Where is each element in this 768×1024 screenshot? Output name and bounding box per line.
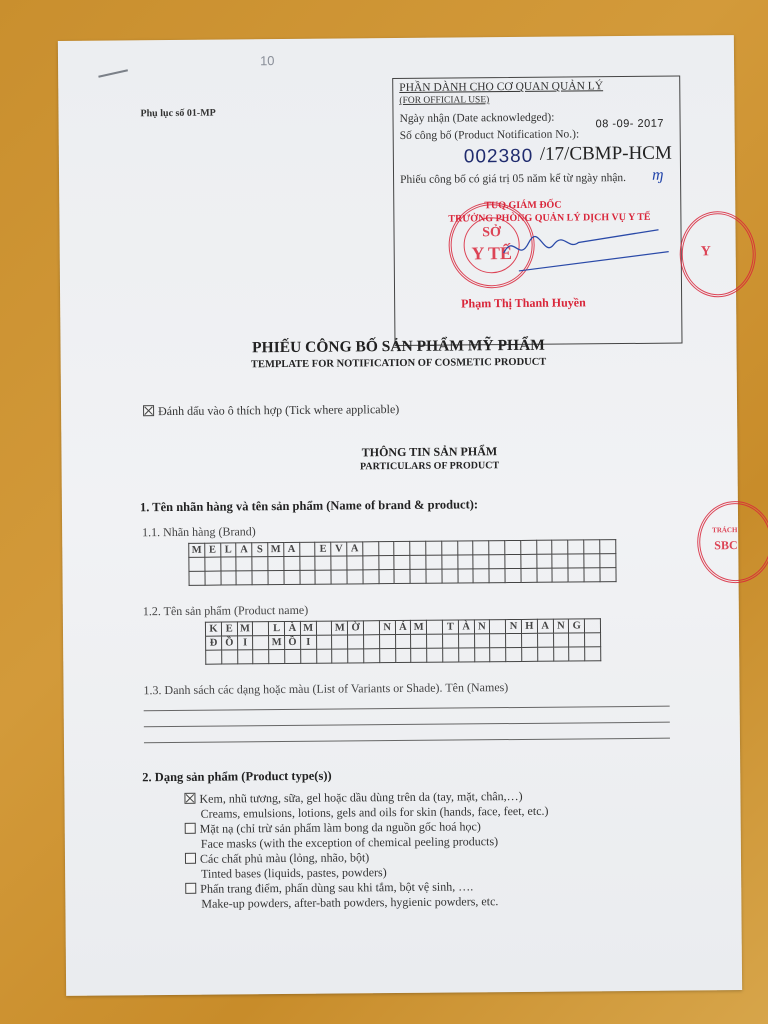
brand-grid[interactable]: MELASMAEVA	[188, 539, 616, 586]
brand-grid-cell[interactable]	[458, 569, 474, 583]
brand-grid-cell[interactable]	[473, 569, 489, 583]
product-type-en: Creams, emulsions, lotions, gels and oil…	[185, 804, 549, 822]
tick-note: Đánh dấu vào ô thích hợp (Tick where app…	[143, 402, 399, 419]
brand-grid-cell[interactable]	[205, 557, 221, 571]
brand-grid-cell[interactable]: A	[236, 543, 252, 557]
brand-grid-cell[interactable]	[600, 568, 616, 582]
brand-grid-cell[interactable]	[331, 570, 347, 584]
product-grid-cell[interactable]: Á	[395, 620, 411, 634]
product-grid-cell[interactable]	[300, 649, 316, 663]
product-grid-cell[interactable]	[521, 633, 537, 647]
variants-line-1[interactable]	[144, 706, 670, 712]
product-grid-cell[interactable]	[253, 636, 269, 650]
product-grid-cell[interactable]: M	[332, 621, 348, 635]
brand-grid-cell[interactable]	[568, 540, 584, 554]
product-grid-cell[interactable]	[237, 650, 253, 664]
official-box-title: PHẦN DÀNH CHO CƠ QUAN QUẢN LÝ	[399, 80, 603, 94]
brand-grid-cell[interactable]	[410, 555, 426, 569]
brand-grid-cell[interactable]	[489, 569, 505, 583]
brand-grid-cell[interactable]	[363, 570, 379, 584]
product-grid-cell[interactable]: G	[569, 619, 585, 633]
notification-no-label: Số công bố (Product Notification No.):	[400, 128, 580, 142]
validity-note: Phiếu công bố có giá trị 05 năm kể từ ng…	[400, 172, 626, 186]
product-grid-cell[interactable]: Ồ	[285, 635, 301, 649]
part2-heading: 2. Dạng sản phẩm (Product type(s))	[142, 769, 331, 786]
product-grid-cell[interactable]	[253, 650, 269, 664]
brand-grid-cell[interactable]	[552, 554, 568, 568]
product-grid-cell[interactable]	[427, 620, 443, 634]
brand-grid-cell[interactable]	[505, 554, 521, 568]
product-grid-cell[interactable]	[316, 621, 332, 635]
product-grid-cell[interactable]	[474, 648, 490, 662]
product-grid-cell[interactable]	[411, 634, 427, 648]
product-grid-cell[interactable]	[269, 650, 285, 664]
product-grid-cell[interactable]	[348, 635, 364, 649]
product-grid-cell[interactable]	[427, 634, 443, 648]
brand-grid-cell[interactable]	[205, 571, 221, 585]
product-grid-cell[interactable]: L	[269, 622, 285, 636]
product-grid-cell[interactable]: I	[300, 635, 316, 649]
product-types-list: Kem, nhũ tương, sữa, gel hoặc dầu dùng t…	[184, 789, 549, 912]
brand-grid-cell[interactable]: V	[331, 542, 347, 556]
brand-grid-cell[interactable]: M	[268, 543, 284, 557]
brand-grid-cell[interactable]	[457, 541, 473, 555]
product-grid-cell[interactable]: I	[237, 636, 253, 650]
product-grid-cell[interactable]: H	[521, 619, 537, 633]
product-grid-cell[interactable]: N	[553, 619, 569, 633]
date-acknowledged-label: Ngày nhận (Date acknowledged):	[399, 112, 554, 125]
notification-suffix: /17/CBMP-HCM	[540, 143, 672, 166]
brand-grid-cell[interactable]	[536, 540, 552, 554]
brand-grid-cell[interactable]	[600, 554, 616, 568]
brand-grid-cell[interactable]	[568, 554, 584, 568]
brand-grid-cell[interactable]	[236, 571, 252, 585]
brand-grid-cell[interactable]	[457, 555, 473, 569]
product-grid-cell[interactable]	[474, 634, 490, 648]
product-grid-cell[interactable]	[506, 633, 522, 647]
annex-label: Phụ lục số 01-MP	[140, 108, 215, 120]
product-grid-cell[interactable]	[363, 621, 379, 635]
product-type-en: Make-up powders, after-bath powders, hyg…	[185, 894, 549, 912]
product-name-label: 1.2. Tên sản phẩm (Product name)	[143, 603, 309, 619]
notification-number: 002380	[464, 146, 534, 169]
product-grid-cell[interactable]	[364, 649, 380, 663]
product-grid-cell[interactable]: N	[474, 620, 490, 634]
product-grid-cell[interactable]	[348, 649, 364, 663]
brand-grid-cell[interactable]	[426, 569, 442, 583]
brand-grid-cell[interactable]	[347, 570, 363, 584]
brand-grid-cell[interactable]	[300, 570, 316, 584]
product-grid-cell[interactable]	[522, 647, 538, 661]
checkbox-checked-icon[interactable]	[184, 793, 195, 804]
brand-grid-cell[interactable]	[426, 555, 442, 569]
brand-grid-cell[interactable]	[315, 570, 331, 584]
product-grid-cell[interactable]	[506, 647, 522, 661]
product-grid-cell[interactable]: M	[237, 622, 253, 636]
brand-grid-cell[interactable]	[378, 556, 394, 570]
brand-grid-cell[interactable]	[584, 554, 600, 568]
brand-grid-cell[interactable]: E	[315, 542, 331, 556]
brand-grid-cell[interactable]	[394, 555, 410, 569]
brand-grid-cell[interactable]	[268, 557, 284, 571]
brand-grid-cell[interactable]: A	[284, 542, 300, 556]
product-grid-cell[interactable]: Đ	[206, 636, 222, 650]
checkbox-example-icon	[143, 405, 154, 416]
brand-grid-cell[interactable]	[252, 557, 268, 571]
product-grid-cell[interactable]: N	[506, 619, 522, 633]
brand-grid-cell[interactable]	[520, 540, 536, 554]
product-grid-cell[interactable]	[332, 649, 348, 663]
brand-grid-cell[interactable]: E	[205, 543, 221, 557]
product-grid-cell[interactable]	[490, 634, 506, 648]
brand-grid-cell[interactable]	[473, 555, 489, 569]
brand-grid-cell[interactable]	[378, 542, 394, 556]
brand-grid-cell[interactable]	[410, 541, 426, 555]
product-grid-cell[interactable]: À	[284, 621, 300, 635]
product-grid-cell[interactable]: M	[411, 620, 427, 634]
product-grid-cell[interactable]	[537, 633, 553, 647]
product-grid-cell[interactable]: M	[269, 636, 285, 650]
brand-grid-cell[interactable]	[410, 569, 426, 583]
brand-grid-cell[interactable]	[536, 554, 552, 568]
product-grid-cell[interactable]	[553, 633, 569, 647]
product-grid-cell[interactable]	[411, 648, 427, 662]
brand-grid-cell[interactable]	[521, 554, 537, 568]
brand-grid-cell[interactable]	[552, 540, 568, 554]
checkbox-icon[interactable]	[185, 823, 196, 834]
product-grid-cell[interactable]	[585, 647, 601, 661]
product-grid-cell[interactable]	[285, 649, 301, 663]
product-grid-cell[interactable]	[206, 650, 222, 664]
brand-grid-cell[interactable]	[299, 556, 315, 570]
product-name-grid[interactable]: KEMLÀMMỜNÁMTÀNNHANGĐỒIMỒI	[205, 618, 601, 664]
brand-grid-cell[interactable]	[379, 570, 395, 584]
brand-grid-cell[interactable]	[347, 556, 363, 570]
brand-grid-cell[interactable]	[473, 541, 489, 555]
brand-grid-cell[interactable]	[584, 540, 600, 554]
brand-grid-cell[interactable]	[489, 555, 505, 569]
product-grid-cell[interactable]	[443, 648, 459, 662]
product-grid-cell[interactable]	[569, 647, 585, 661]
official-box-subtitle: (FOR OFFICIAL USE)	[399, 95, 489, 106]
pen-mark	[98, 69, 128, 77]
brand-grid-cell[interactable]	[394, 569, 410, 583]
brand-grid-cell[interactable]	[442, 569, 458, 583]
brand-grid-cell[interactable]	[268, 571, 284, 585]
product-grid-cell[interactable]: Ờ	[348, 621, 364, 635]
brand-grid-cell[interactable]	[363, 556, 379, 570]
brand-grid-cell[interactable]	[252, 571, 268, 585]
product-grid-cell[interactable]: K	[205, 622, 221, 636]
brand-grid-cell[interactable]	[284, 556, 300, 570]
product-grid-cell[interactable]	[490, 648, 506, 662]
checkbox-icon[interactable]	[185, 853, 196, 864]
brand-grid-cell[interactable]	[489, 541, 505, 555]
product-grid-cell[interactable]	[427, 648, 443, 662]
product-grid-cell[interactable]	[458, 634, 474, 648]
product-grid-cell[interactable]	[395, 634, 411, 648]
page-number: 10	[260, 53, 275, 68]
product-grid-cell[interactable]: E	[221, 622, 237, 636]
brand-grid-cell[interactable]	[221, 571, 237, 585]
product-grid-cell[interactable]: M	[300, 621, 316, 635]
variants-line-2[interactable]	[144, 722, 670, 728]
product-grid-cell[interactable]	[585, 633, 601, 647]
official-use-box: PHẦN DÀNH CHO CƠ QUAN QUẢN LÝ (FOR OFFIC…	[392, 76, 682, 347]
brand-grid-cell[interactable]	[584, 568, 600, 582]
brand-grid-cell[interactable]	[220, 557, 236, 571]
brand-grid-cell[interactable]: L	[220, 543, 236, 557]
variants-line-3[interactable]	[144, 738, 670, 744]
product-grid-cell[interactable]	[221, 650, 237, 664]
brand-grid-cell[interactable]	[599, 540, 615, 554]
brand-grid-cell[interactable]	[505, 540, 521, 554]
form-paper: 10 Phụ lục số 01-MP PHẦN DÀNH CHO CƠ QUA…	[58, 35, 742, 996]
variants-label: 1.3. Danh sách các dạng hoặc màu (List o…	[143, 680, 508, 698]
date-acknowledged-value: 08 -09- 2017	[596, 118, 664, 131]
brand-grid-cell[interactable]	[331, 556, 347, 570]
product-grid-cell[interactable]	[442, 634, 458, 648]
product-grid-cell[interactable]: T	[442, 620, 458, 634]
product-grid-cell[interactable]: A	[537, 619, 553, 633]
brand-grid-cell[interactable]	[442, 555, 458, 569]
product-grid-cell[interactable]: Ồ	[221, 636, 237, 650]
brand-grid-cell[interactable]	[536, 568, 552, 582]
product-grid-cell[interactable]	[332, 635, 348, 649]
product-grid-cell[interactable]	[253, 622, 269, 636]
brand-grid-cell[interactable]	[236, 557, 252, 571]
product-grid-cell[interactable]	[585, 619, 601, 633]
brand-grid-cell[interactable]	[362, 542, 378, 556]
brand-grid-cell[interactable]: S	[252, 543, 268, 557]
brand-grid-cell[interactable]	[299, 542, 315, 556]
signature	[498, 222, 678, 279]
part1-heading: 1. Tên nhãn hàng và tên sản phẩm (Name o…	[140, 497, 478, 515]
brand-grid-cell[interactable]	[552, 568, 568, 582]
product-grid-cell[interactable]	[537, 647, 553, 661]
product-grid-cell[interactable]	[569, 633, 585, 647]
brand-grid-cell[interactable]	[394, 541, 410, 555]
product-grid-cell[interactable]	[395, 648, 411, 662]
checkbox-icon[interactable]	[185, 883, 196, 894]
brand-grid-cell[interactable]: M	[189, 543, 205, 557]
brand-grid-cell[interactable]	[426, 541, 442, 555]
side-stamp-1: Y	[679, 211, 756, 298]
product-grid-cell[interactable]	[379, 635, 395, 649]
product-grid-cell[interactable]	[490, 620, 506, 634]
side-stamp-2: TRÁCH SBC	[697, 501, 768, 584]
product-type-en: Face masks (with the exception of chemic…	[185, 834, 549, 852]
product-grid-cell[interactable]	[316, 635, 332, 649]
brand-grid-cell[interactable]	[315, 556, 331, 570]
brand-grid-cell[interactable]: A	[347, 542, 363, 556]
brand-grid-cell[interactable]	[568, 568, 584, 582]
signer-name: Phạm Thị Thanh Huyền	[461, 295, 586, 311]
brand-grid-cell[interactable]	[189, 557, 205, 571]
product-grid-cell[interactable]	[364, 635, 380, 649]
product-grid-cell[interactable]	[553, 647, 569, 661]
product-grid-cell[interactable]: N	[379, 621, 395, 635]
initials-mark: ɱ	[652, 167, 664, 185]
brand-grid-cell[interactable]	[284, 570, 300, 584]
brand-grid-cell[interactable]	[521, 568, 537, 582]
brand-grid-cell[interactable]	[189, 571, 205, 585]
brand-grid-cell[interactable]	[505, 568, 521, 582]
product-grid-cell[interactable]: À	[458, 620, 474, 634]
brand-grid-cell[interactable]	[441, 541, 457, 555]
product-grid-cell[interactable]	[316, 649, 332, 663]
product-grid-cell[interactable]	[379, 649, 395, 663]
brand-label: 1.1. Nhãn hàng (Brand)	[142, 524, 256, 540]
product-grid-cell[interactable]	[458, 648, 474, 662]
